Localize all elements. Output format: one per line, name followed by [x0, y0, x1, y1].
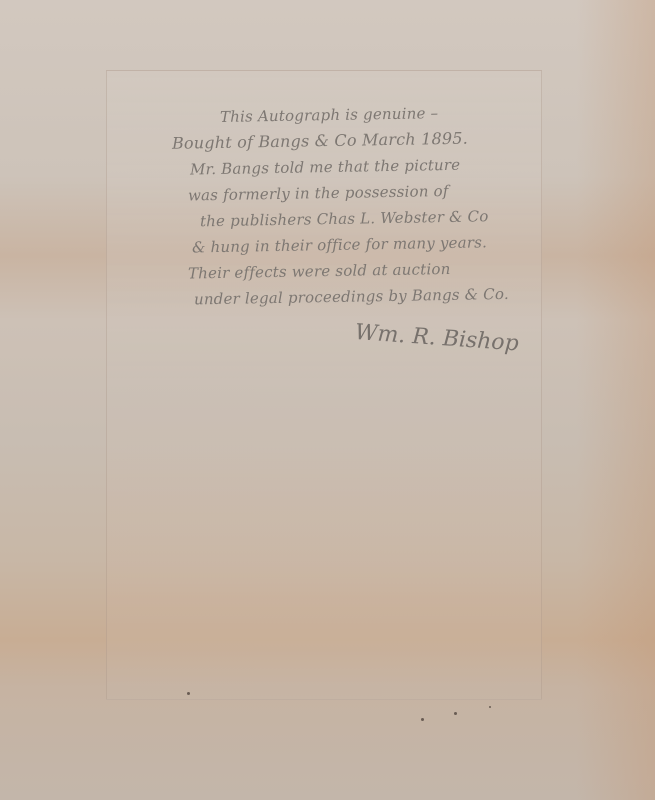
debris-speck: [454, 712, 457, 715]
debris-speck: [421, 718, 424, 721]
handwritten-note: This Autograph is genuine – Bought of Ba…: [160, 105, 530, 313]
debris-speck: [489, 706, 491, 708]
debris-speck: [187, 692, 190, 695]
note-line-7: under legal proceedings by Bangs & Co.: [160, 281, 530, 313]
